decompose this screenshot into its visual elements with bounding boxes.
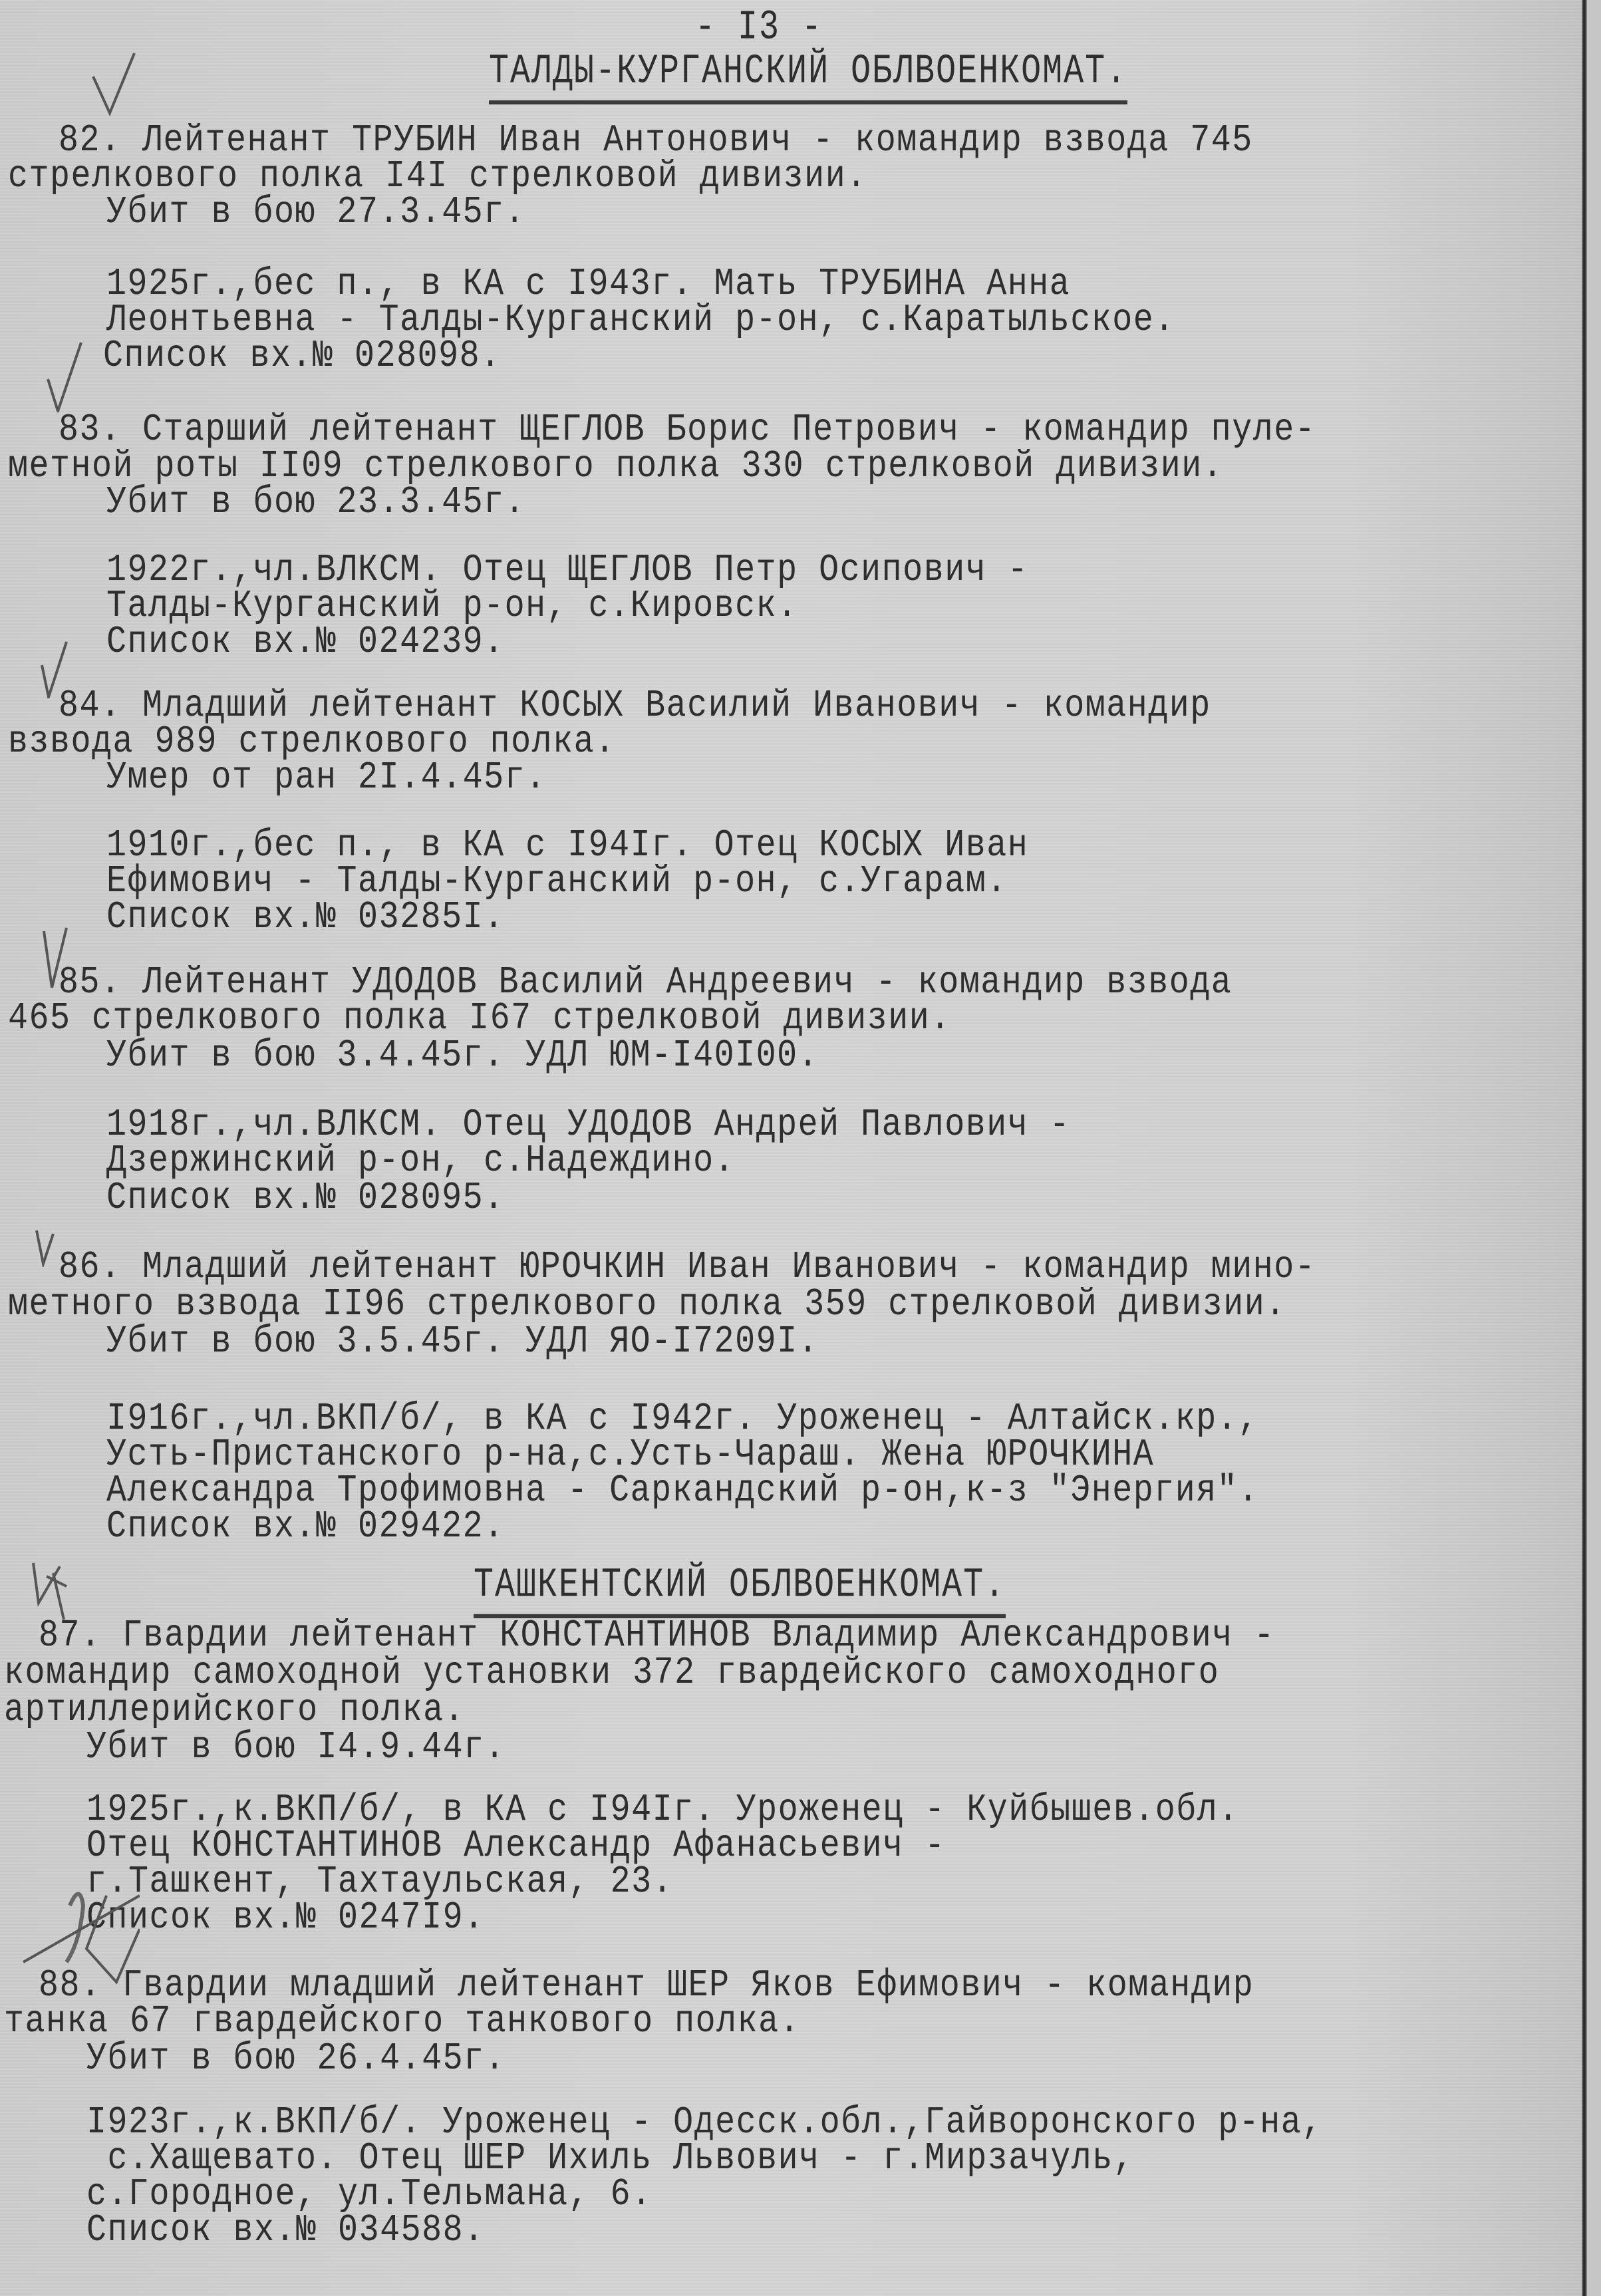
checkmark-icon [40,925,80,991]
entry-84-death: Умер от ран 2I.4.45г. [106,757,547,799]
entry-83-death: Убит в бою 23.3.45г. [106,482,525,524]
entry-87-death: Убит в бою I4.9.44г. [86,1727,506,1769]
entry-87-bio-4: Список вх.№ 0247I9. [86,1897,485,1939]
checkmark-icon [27,1556,80,1623]
entry-86-death: Убит в бою 3.5.45г. УДЛ ЯО-I7209I. [106,1321,819,1363]
checkmark-icon [86,50,140,116]
entry-85-death: Убит в бою 3.4.45г. УДЛ ЮМ-I40I00. [106,1035,819,1077]
checkmark-icon [37,639,76,698]
entry-86-bio-4: Список вх.№ 029422. [106,1506,505,1548]
entry-82-death: Убит в бою 27.3.45г. [106,192,525,234]
page-number: - I3 - [695,4,823,51]
binding-margin [1587,0,1601,2296]
entry-85-bio-3: Список вх.№ 028095. [106,1177,505,1220]
page-edge [1582,0,1587,2296]
section-title-tashkent: ТАШКЕНТСКИЙ ОБЛВОЕНКОМАТ. [474,1562,1006,1618]
checkmark-icon [33,1227,60,1267]
entry-88-bio-4: Список вх.№ 034588. [86,2210,485,2252]
entry-83-bio-3: Список вх.№ 024239. [106,621,505,664]
entry-84-bio-3: Список вх.№ 03285I. [106,897,505,939]
entry-88-death: Убит в бою 26.4.45г. [86,2038,506,2081]
checkmark-icon [20,1869,140,1989]
entry-82-bio-3: Список вх.№ 028098. [103,335,502,378]
section-title-taldy-kurgan: ТАЛДЫ-КУРГАНСКИЙ ОБЛВОЕНКОМАТ. [489,48,1127,104]
checkmark-icon [41,339,88,412]
